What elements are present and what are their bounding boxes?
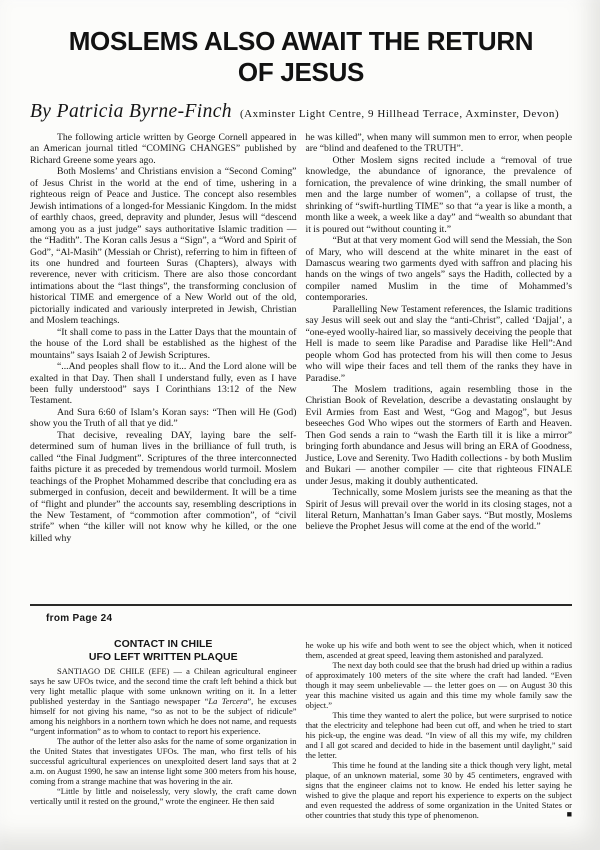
end-of-article-marker: ■ — [540, 810, 572, 819]
paragraph: And Sura 6:60 of Islam’s Koran says: “Th… — [30, 407, 297, 430]
magazine-page: MOSLEMS ALSO AWAIT THE RETURNOF JESUS By… — [0, 0, 600, 850]
paragraph: he woke up his wife and both went to see… — [306, 640, 573, 660]
byline-affiliation: (Axminster Light Centre, 9 Hillhead Terr… — [240, 108, 559, 120]
paragraph: This time they wanted to alert the polic… — [306, 710, 573, 760]
byline: By Patricia Byrne-Finch (Axminster Light… — [30, 101, 572, 123]
article2-title: CONTACT IN CHILE UFO LEFT WRITTEN PLAQUE — [30, 638, 297, 664]
paragraph: The author of the letter also asks for t… — [30, 736, 297, 786]
article-title: MOSLEMS ALSO AWAIT THE RETURNOF JESUS — [30, 26, 572, 88]
article2-column-left: from Page 24 CONTACT IN CHILE UFO LEFT W… — [30, 606, 297, 841]
article2-column-left-text: SANTIAGO DE CHILE (EFE) — a Chilean agri… — [30, 666, 297, 806]
paragraph: Parallelling New Testament references, t… — [306, 304, 573, 384]
article2-column-right: he woke up his wife and both went to see… — [306, 606, 573, 841]
paragraph: This time he found at the landing site a… — [306, 760, 573, 820]
italic-phrase: La Tercera — [208, 696, 247, 706]
byline-author: By Patricia Byrne-Finch — [30, 101, 232, 122]
article2-column-right-text: he woke up his wife and both went to see… — [306, 640, 573, 820]
article2-body: from Page 24 CONTACT IN CHILE UFO LEFT W… — [30, 606, 572, 841]
article-column-right: he was killed”, when many will summon me… — [306, 132, 573, 592]
paragraph: Both Moslems’ and Christians envision a … — [30, 166, 297, 326]
article-title-line1: MOSLEMS ALSO AWAIT THE RETURN — [69, 26, 534, 56]
paragraph: “It shall come to pass in the Latter Day… — [30, 327, 297, 361]
article-column-left: The following article written by George … — [30, 132, 297, 592]
article-body: The following article written by George … — [30, 132, 572, 592]
paragraph: The following article written by George … — [30, 132, 297, 166]
paragraph: Technically, some Moslem jurists see the… — [306, 487, 573, 533]
continued-from-label: from Page 24 — [46, 614, 297, 624]
paragraph: The Moslem traditions, again resembling … — [306, 384, 573, 487]
article2-title-line2: UFO LEFT WRITTEN PLAQUE — [30, 651, 297, 664]
paragraph: SANTIAGO DE CHILE (EFE) — a Chilean agri… — [30, 666, 297, 736]
article2-title-line1: CONTACT IN CHILE — [30, 638, 297, 651]
paragraph: That decisive, revealing DAY, laying bar… — [30, 430, 297, 545]
paragraph: he was killed”, when many will summon me… — [306, 132, 573, 155]
paragraph: “But at that very moment God will send t… — [306, 235, 573, 304]
paragraph: Other Moslem signs recited include a “re… — [306, 155, 573, 235]
paragraph: “...And peoples shall flow to it... And … — [30, 361, 297, 407]
article-title-line2: OF JESUS — [238, 57, 364, 87]
paragraph: The next day both could see that the bru… — [306, 660, 573, 710]
paragraph: “Little by little and noiselessly, very … — [30, 786, 297, 806]
